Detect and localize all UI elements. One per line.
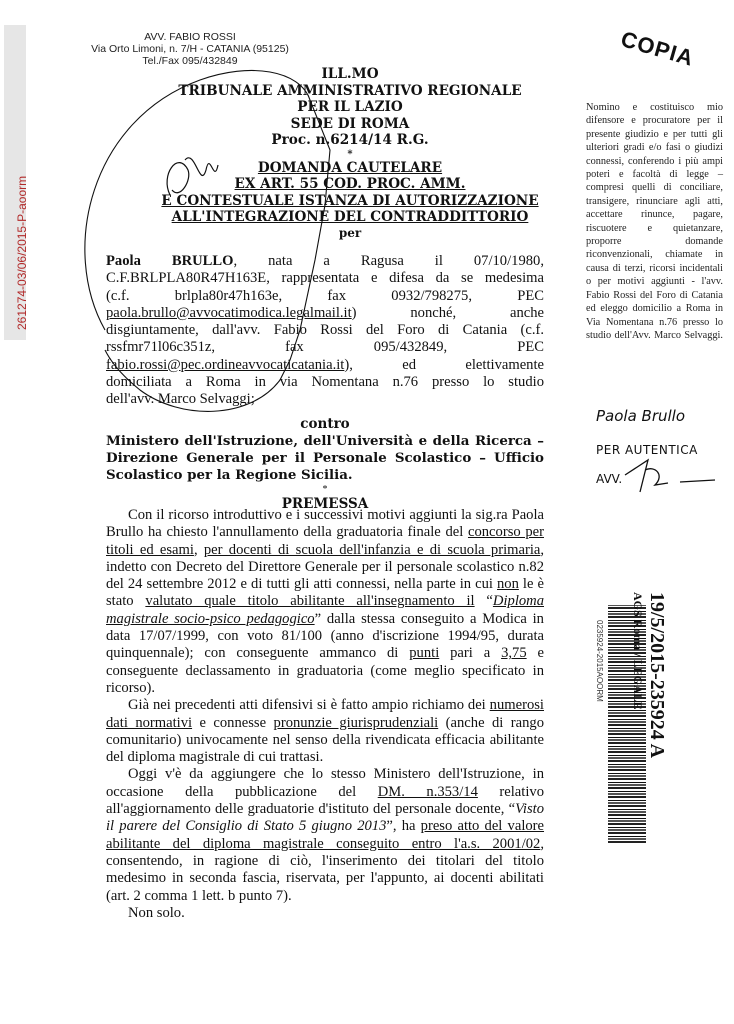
handwritten-marks [0, 0, 734, 1024]
initials-scribble-icon [167, 158, 218, 195]
authentication-signature-icon [625, 460, 715, 492]
signature-arc-icon [85, 70, 330, 411]
